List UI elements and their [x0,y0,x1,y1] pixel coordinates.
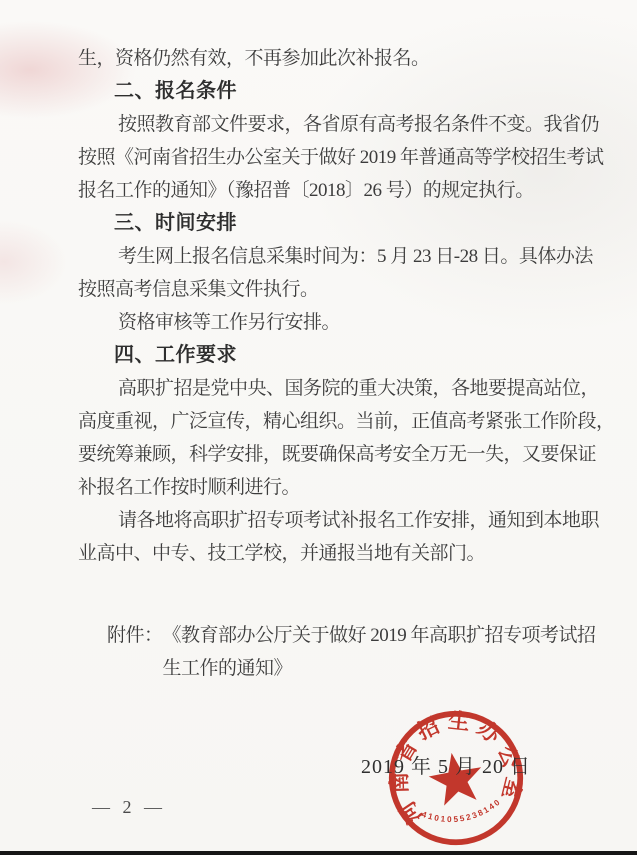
attachment-note: 附件： 《教育部办公厅关于做好 2019 年高职扩招专项考试招 生工作的通知》 [107,619,599,685]
page-number: — 2 — [92,797,166,818]
section-heading-schedule: 三、时间安排 [78,207,599,240]
body-line: 生，资格仍然有效，不再参加此次补报名。 [78,42,599,75]
body-line: 考生网上报名信息采集时间为：5 月 23 日-28 日。具体办法 [78,240,599,273]
document-body: 生，资格仍然有效，不再参加此次补报名。 二、报名条件 按照教育部文件要求，各省原… [0,0,637,685]
body-line: 业高中、中专、技工学校，并通报当地有关部门。 [78,537,599,570]
section-heading-work-requirements: 四、工作要求 [78,339,599,372]
body-line: 要统筹兼顾，科学安排，既要确保高考安全万无一失，又要保证 [78,438,599,471]
scan-edge-line [0,851,637,855]
attachment-label: 附件： [107,619,163,685]
body-line: 补报名工作按时顺利进行。 [78,471,599,504]
attachment-title-line: 《教育部办公厅关于做好 2019 年高职扩招专项考试招 [163,619,596,652]
document-page: 生，资格仍然有效，不再参加此次补报名。 二、报名条件 按照教育部文件要求，各省原… [0,0,637,855]
svg-text:4101055238140: 4101055238140 [419,796,505,830]
body-line: 高职扩招是党中央、国务院的重大决策，各地要提高站位， [78,372,599,405]
body-line: 请各地将高职扩招专项考试补报名工作安排，通知到本地职 [78,504,599,537]
attachment-title: 《教育部办公厅关于做好 2019 年高职扩招专项考试招 生工作的通知》 [163,619,596,685]
attachment-title-line: 生工作的通知》 [163,652,596,685]
seal-serial-number: 4101055238140 [419,796,505,830]
issue-date: 2019 年 5 月 20 日 [361,750,531,779]
body-line: 高度重视，广泛宣传，精心组织。当前，正值高考紧张工作阶段， [78,405,599,438]
body-line: 按照高考信息采集文件执行。 [78,273,599,306]
body-line: 资格审核等工作另行安排。 [78,306,599,339]
body-line: 按照教育部文件要求，各省原有高考报名条件不变。我省仍 [78,108,599,141]
body-line: 报名工作的通知》（豫招普〔2018〕26 号）的规定执行。 [78,174,599,207]
section-heading-registration-conditions: 二、报名条件 [78,75,599,108]
body-line: 按照《河南省招生办公室关于做好 2019 年普通高等学校招生考试 [78,141,599,174]
